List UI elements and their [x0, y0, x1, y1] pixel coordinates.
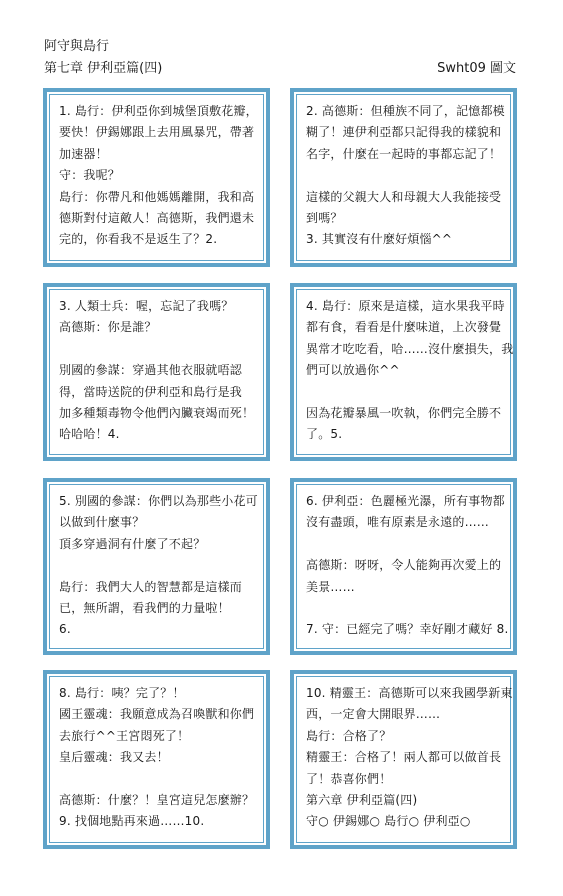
panel-line: 高德斯：呀呀，令人能夠再次愛上的: [306, 555, 502, 576]
comic-panel-3: 3. 人類士兵：喔，忘記了我嗎？ 高德斯：你是誰？ 別國的參謀：穿過其他衣服就唔…: [43, 283, 270, 461]
panel-line: 皇后靈魂：我又去！: [59, 747, 255, 768]
panel-line: 美景……: [306, 577, 502, 598]
panel-text-area: 2. 高德斯：但種族不同了，記憶都模 糊了！連伊利亞都只記得我的樣貌和 名字，什…: [296, 94, 511, 261]
panel-line: 以做到什麼事？: [59, 512, 255, 533]
panel-line: 異常才吃吃看，哈……沒什麼損失，我: [306, 339, 502, 360]
panel-line: 頂多穿過洞有什麼了不起？: [59, 534, 255, 555]
panel-line: 第六章 伊利亞篇(四): [306, 790, 502, 811]
chapter-header: 第七章 伊利亞篇(四) Swht09 圖文: [44, 60, 516, 78]
panel-line: [306, 598, 502, 619]
panel-line: 去旅行^^王宮悶死了！: [59, 726, 255, 747]
panel-line: 西，一定會大開眼界……: [306, 704, 502, 725]
panel-text-area: 8. 島行：咦？完了？！ 國王靈魂：我願意成為召喚獸和你們 去旅行^^王宮悶死了…: [49, 676, 264, 843]
panel-line: 沒有盡頭，唯有原素是永遠的……: [306, 512, 502, 533]
panel-line: 國王靈魂：我願意成為召喚獸和你們: [59, 704, 255, 725]
panel-text-area: 6. 伊利亞：色麗極光瀑，所有事物都 沒有盡頭，唯有原素是永遠的…… 高德斯：呀…: [296, 484, 511, 649]
panel-line: [306, 165, 502, 186]
panel-text-area: 4. 島行：原來是這樣，這水果我平時 都有食，看看是什麼味道，上次發覺 異常才吃…: [296, 289, 511, 455]
panel-line: 別國的參謀：穿過其他衣服就唔認: [59, 360, 255, 381]
document-title: 阿守與島行: [44, 38, 109, 56]
panel-line: 6. 伊利亞：色麗極光瀑，所有事物都: [306, 491, 502, 512]
comic-panel-8: 10. 精靈王：高德斯可以來我國學新東 西，一定會大開眼界…… 島行：合格了？ …: [290, 670, 517, 849]
panel-line: 10. 精靈王：高德斯可以來我國學新東: [306, 683, 502, 704]
panel-line: 島行：你帶凡和他媽媽離開，我和高: [59, 187, 255, 208]
panel-line: 了。5.: [306, 424, 502, 445]
panel-line: 得，當時送院的伊利亞和島行是我: [59, 382, 255, 403]
panel-text-area: 3. 人類士兵：喔，忘記了我嗎？ 高德斯：你是誰？ 別國的參謀：穿過其他衣服就唔…: [49, 289, 264, 455]
chapter-title: 第七章 伊利亞篇(四): [44, 60, 162, 78]
panel-line: 糊了！連伊利亞都只記得我的樣貌和: [306, 122, 502, 143]
panel-line: 已，無所謂，看我們的力量啦！: [59, 598, 255, 619]
panel-line: 3. 其實沒有什麼好煩惱^^: [306, 229, 502, 250]
panel-line: 加速器！: [59, 144, 255, 165]
panel-line: [306, 534, 502, 555]
comic-panel-7: 8. 島行：咦？完了？！ 國王靈魂：我願意成為召喚獸和你們 去旅行^^王宮悶死了…: [43, 670, 270, 849]
panel-line: 哈哈哈！4.: [59, 424, 255, 445]
panel-line: 6.: [59, 619, 255, 640]
panel-text-area: 5. 別國的參謀：你們以為那些小花可 以做到什麼事？ 頂多穿過洞有什麼了不起？ …: [49, 484, 264, 649]
panel-line: 因為花瓣暴風一吹執，你們完全勝不: [306, 403, 502, 424]
panel-line: 都有食，看看是什麼味道，上次發覺: [306, 317, 502, 338]
panel-line: 1. 島行：伊利亞你到城堡頂敷花瓣，: [59, 101, 255, 122]
panel-line: 3. 人類士兵：喔，忘記了我嗎？: [59, 296, 255, 317]
panel-line: 高德斯：你是誰？: [59, 317, 255, 338]
comic-panel-5: 5. 別國的參謀：你們以為那些小花可 以做到什麼事？ 頂多穿過洞有什麼了不起？ …: [43, 478, 270, 655]
panel-line: 精靈王：合格了！兩人都可以做首長: [306, 747, 502, 768]
panel-line: 守：我呢？: [59, 165, 255, 186]
panel-line: 島行：合格了？: [306, 726, 502, 747]
panel-line: 7. 守：已經完了嗎？幸好剛才藏好 8.: [306, 619, 502, 640]
panel-line: 到嗎？: [306, 208, 502, 229]
panel-line: [306, 382, 502, 403]
comic-panel-4: 4. 島行：原來是這樣，這水果我平時 都有食，看看是什麼味道，上次發覺 異常才吃…: [290, 283, 517, 461]
panel-line: 加多種類毒物令他們內臟衰竭而死！: [59, 403, 255, 424]
panel-line: 們可以放過你^^: [306, 360, 502, 381]
panel-text-area: 1. 島行：伊利亞你到城堡頂敷花瓣， 要快！伊錫娜跟上去用風暴咒，帶著 加速器！…: [49, 94, 264, 261]
panel-line: 4. 島行：原來是這樣，這水果我平時: [306, 296, 502, 317]
panel-line: 德斯對付這敵人！高德斯，我們還未: [59, 208, 255, 229]
panel-line: 5. 別國的參謀：你們以為那些小花可: [59, 491, 255, 512]
panel-text-area: 10. 精靈王：高德斯可以來我國學新東 西，一定會大開眼界…… 島行：合格了？ …: [296, 676, 511, 843]
comic-panel-1: 1. 島行：伊利亞你到城堡頂敷花瓣， 要快！伊錫娜跟上去用風暴咒，帶著 加速器！…: [43, 88, 270, 267]
panel-line: 島行：我們大人的智慧都是這樣而: [59, 577, 255, 598]
panel-line: 名字，什麼在一起時的事都忘記了！: [306, 144, 502, 165]
panel-line: [59, 769, 255, 790]
panel-line: 了！恭喜你們！: [306, 769, 502, 790]
panel-line: 2. 高德斯：但種族不同了，記憶都模: [306, 101, 502, 122]
comic-panel-2: 2. 高德斯：但種族不同了，記憶都模 糊了！連伊利亞都只記得我的樣貌和 名字，什…: [290, 88, 517, 267]
panel-line: 這樣的父親大人和母親大人我能接受: [306, 187, 502, 208]
comic-panel-6: 6. 伊利亞：色麗極光瀑，所有事物都 沒有盡頭，唯有原素是永遠的…… 高德斯：呀…: [290, 478, 517, 655]
panel-line: 8. 島行：咦？完了？！: [59, 683, 255, 704]
panel-line: [59, 555, 255, 576]
panel-line: 要快！伊錫娜跟上去用風暴咒，帶著: [59, 122, 255, 143]
panel-line: 守○ 伊錫娜○ 島行○ 伊利亞○: [306, 811, 502, 832]
author-credit: Swht09 圖文: [437, 60, 516, 78]
panel-line: 高德斯：什麼？！皇宮這兒怎麼辦？: [59, 790, 255, 811]
panel-line: 完的，你看我不是返生了？2.: [59, 229, 255, 250]
panel-line: 9. 找個地點再來過……10.: [59, 811, 255, 832]
panel-line: [59, 339, 255, 360]
